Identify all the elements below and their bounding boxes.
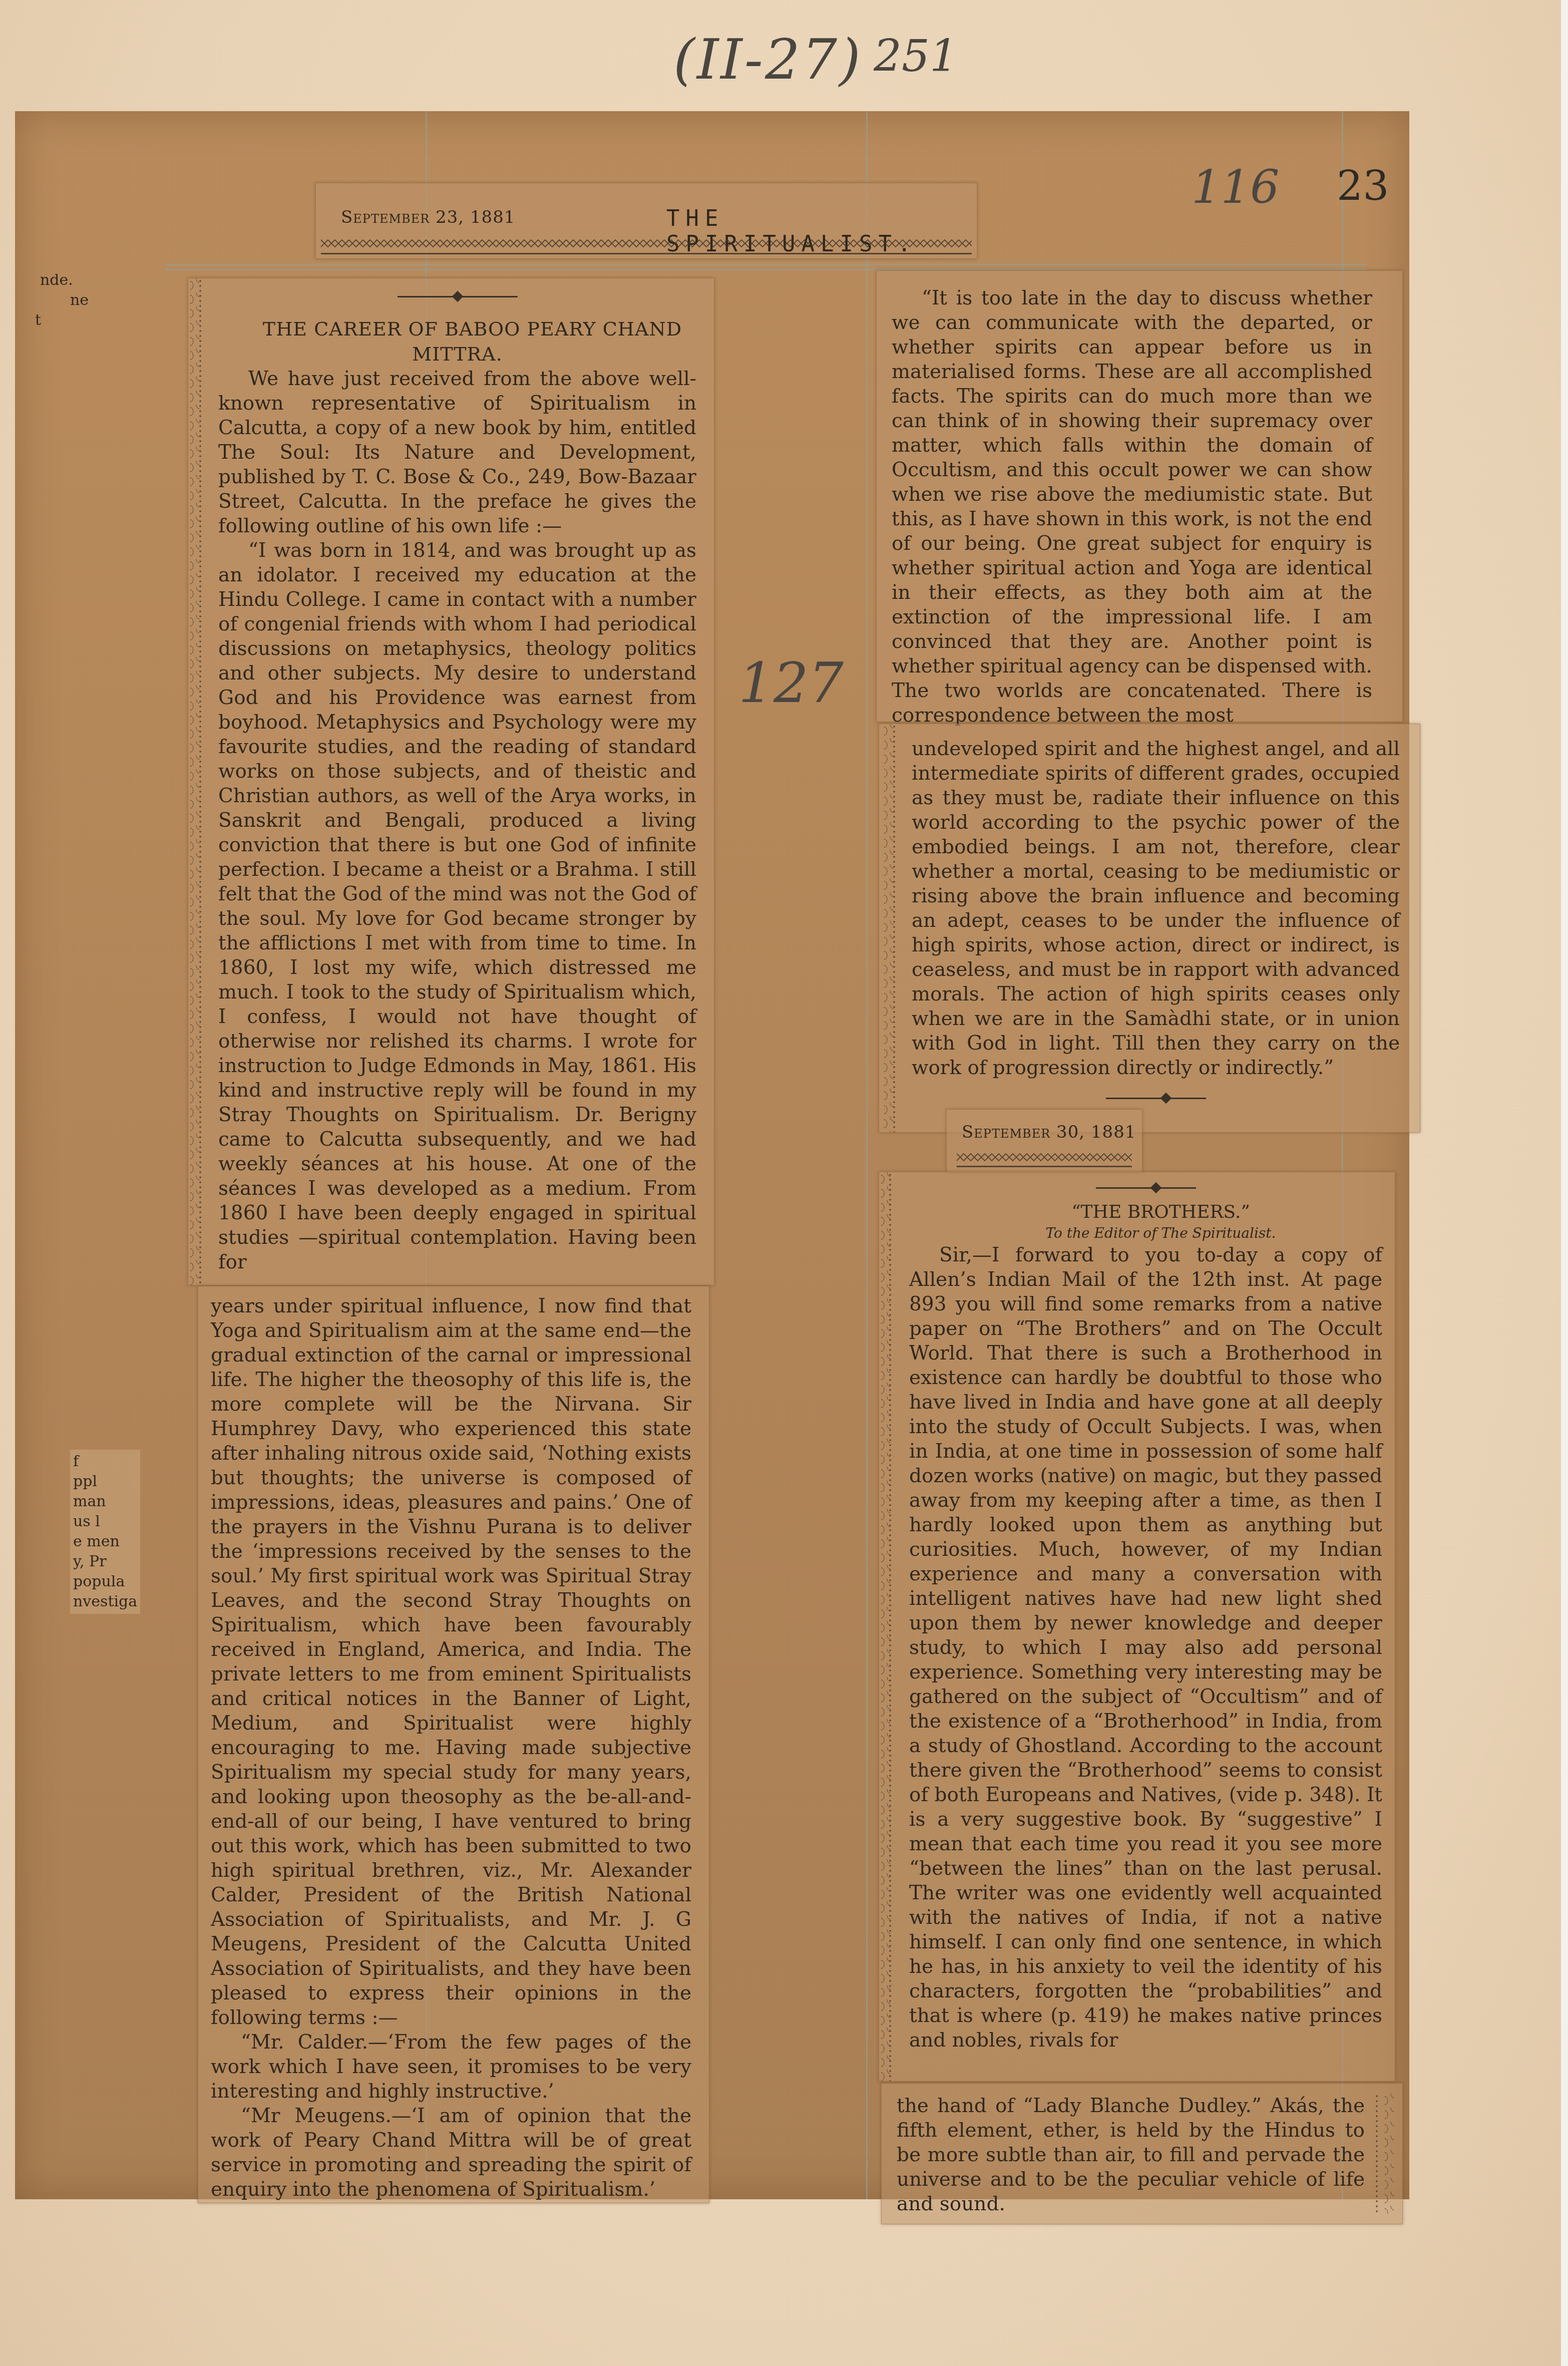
ruling-line	[866, 111, 868, 2199]
article-body-right-1: “It is too late in the day to discuss wh…	[892, 286, 1372, 728]
margin-fragment-top: nde. ne t	[40, 270, 89, 330]
letter-body: “THE BROTHERS.” To the Editor of The Spi…	[909, 1185, 1382, 2053]
fragment-line: man	[73, 1492, 137, 1512]
ruling-line	[165, 264, 1367, 265]
fragment-line: popula	[73, 1572, 137, 1592]
page-number: 23	[1337, 163, 1389, 210]
fragment-line: ne	[70, 290, 89, 310]
paragraph: “Mr. Calder.—‘From the few pages of the …	[211, 2030, 691, 2104]
article-body-left-1: THE CAREER OF BABOO PEARY CHAND MITTRA. …	[218, 293, 696, 1274]
masthead-title: THE SPIRITUALIST.	[666, 206, 977, 257]
paragraph: undeveloped spirit and the highest angel…	[912, 737, 1400, 1080]
masthead-clipping: September 23, 1881 THE SPIRITUALIST.	[315, 183, 977, 259]
letter-title: “THE BROTHERS.”	[909, 1201, 1382, 1224]
decorative-border	[1385, 2094, 1394, 2214]
archive-reference-annotation: (II-27)	[673, 28, 863, 92]
masthead-rule	[321, 253, 972, 254]
article-body-right-2: undeveloped spirit and the highest angel…	[912, 737, 1400, 1118]
letter-body-continued: the hand of “Lady Blanche Dudley.” Akás,…	[897, 2094, 1365, 2216]
sheet-number-annotation: 127	[738, 651, 844, 715]
article-title: THE CAREER OF BABOO PEARY CHAND MITTRA.	[218, 316, 696, 367]
section-date: September 30, 1881	[962, 1122, 1136, 1142]
margin-fragment-middle: f ppl man us l e men y, Pr popula nvesti…	[70, 1450, 140, 1614]
paragraph: “It is too late in the day to discuss wh…	[892, 286, 1372, 728]
letter-salutation-heading: To the Editor of The Spiritualist.	[909, 1224, 1382, 1243]
article-clipping-left-1: THE CAREER OF BABOO PEARY CHAND MITTRA. …	[188, 278, 714, 1285]
archive-folio-annotation: 251	[874, 30, 958, 82]
fragment-line: nde.	[40, 270, 89, 290]
letter-clipping-continued: the hand of “Lady Blanche Dudley.” Akás,…	[881, 2083, 1403, 2224]
fragment-line: y, Pr	[73, 1552, 137, 1572]
article-clipping-left-2: years under spiritual influence, I now f…	[198, 1286, 709, 2203]
letter-clipping: “THE BROTHERS.” To the Editor of The Spi…	[879, 1172, 1395, 2082]
fragment-line: t	[35, 310, 89, 330]
article-clipping-right-2: undeveloped spirit and the highest angel…	[879, 724, 1420, 1133]
fragment-line: ppl	[73, 1472, 137, 1492]
date-clipping: September 30, 1881	[946, 1109, 1142, 1173]
fragment-line: f	[73, 1452, 137, 1472]
dotted-border	[888, 1172, 900, 2081]
fragment-line: us l	[73, 1512, 137, 1532]
masthead-date: September 23, 1881	[341, 207, 516, 227]
paragraph: We have just received from the above wel…	[218, 367, 696, 538]
paragraph: Sir,—I forward to you to-day a copy of A…	[909, 1243, 1382, 2053]
paragraph: the hand of “Lady Blanche Dudley.” Akás,…	[897, 2094, 1365, 2216]
paragraph: “Mr Meugens.—‘I am of opinion that the w…	[211, 2104, 691, 2202]
fragment-line: e men	[73, 1532, 137, 1552]
zigzag-rule	[957, 1153, 1132, 1161]
ornament-divider	[1106, 1095, 1206, 1101]
date-rule	[957, 1166, 1132, 1167]
dotted-border	[198, 278, 210, 1285]
scrap-number-annotation: 116	[1192, 160, 1280, 214]
paragraph: “I was born in 1814, and was brought up …	[218, 538, 696, 1274]
article-body-left-2: years under spiritual influence, I now f…	[211, 1294, 691, 2202]
dotted-border	[892, 724, 904, 1132]
fragment-line: nvestiga	[73, 1592, 137, 1612]
paragraph: years under spiritual influence, I now f…	[211, 1294, 691, 2030]
ornament-divider	[398, 293, 518, 299]
ornament-divider	[1096, 1185, 1196, 1191]
article-clipping-right-1: “It is too late in the day to discuss wh…	[876, 270, 1403, 722]
zigzag-rule	[321, 239, 972, 247]
